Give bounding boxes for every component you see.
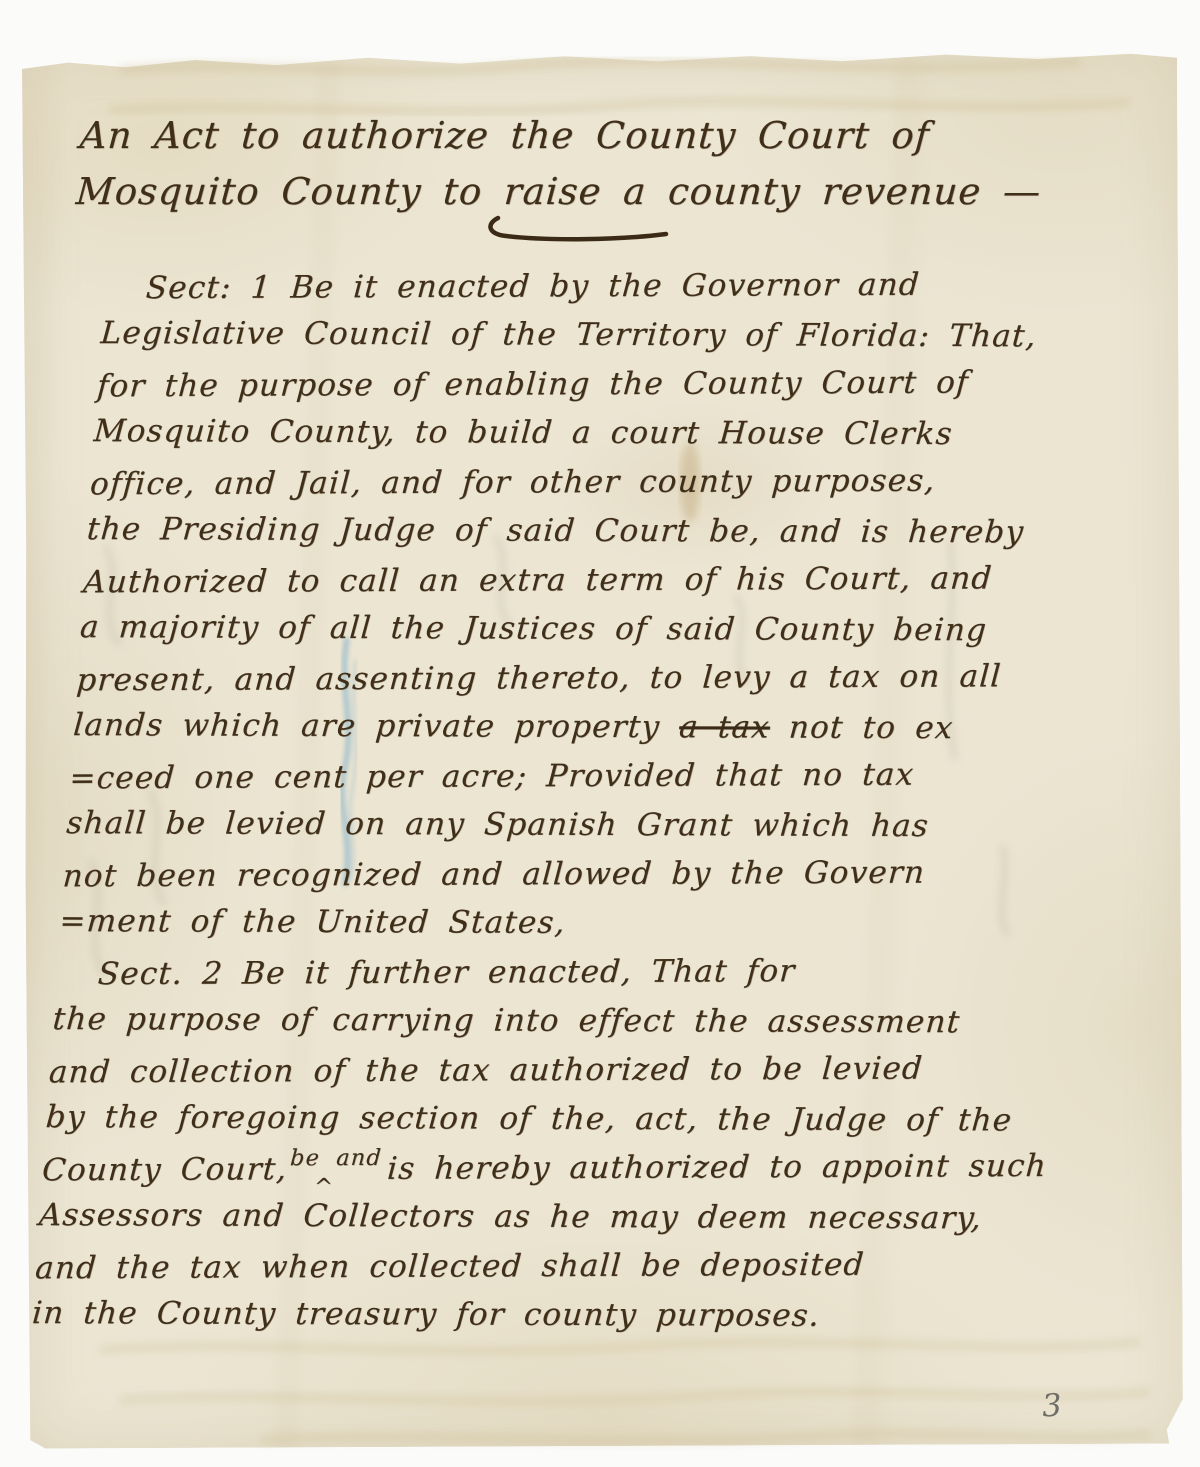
scanned-document-page: { "page": { "colors": { "background": "#… [0,0,1200,1467]
manuscript-paper-sheet [22,51,1183,1448]
